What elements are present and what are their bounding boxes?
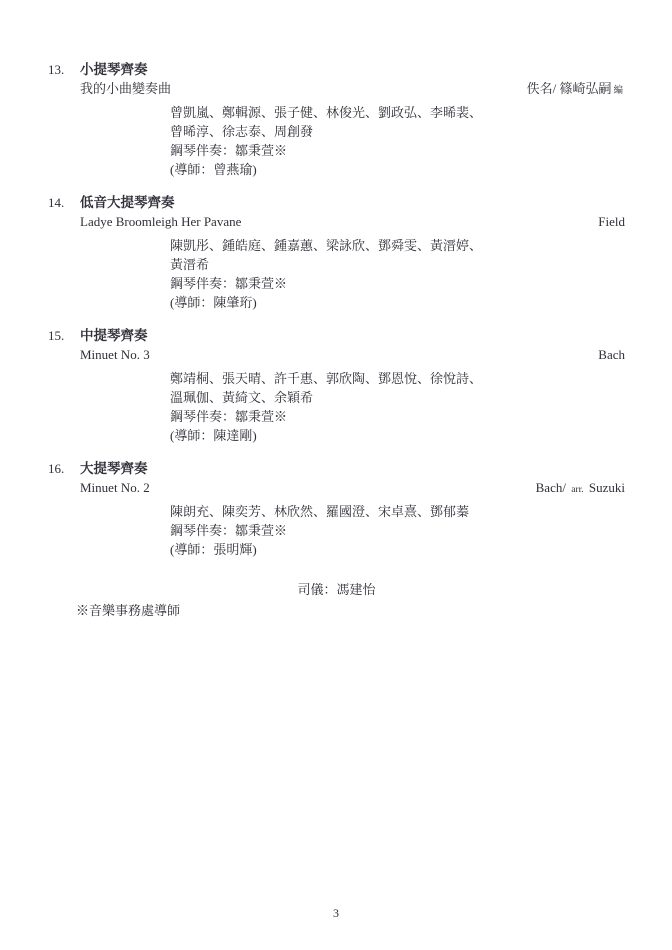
item-heading: 13. 小提琴齊奏 bbox=[48, 60, 625, 79]
performers-line: 溫珮伽、黃綺文、余穎希 bbox=[170, 388, 625, 407]
piece-row: Minuet No. 2 Bach/ arr. Suzuki bbox=[80, 478, 625, 500]
composer-suffix: 編 bbox=[613, 86, 623, 96]
composer: Bach bbox=[598, 345, 625, 367]
program-page: 13. 小提琴齊奏 我的小曲變奏曲 佚名/ 篠崎弘嗣編 曾凱嵐、鄭輯源、張子健、… bbox=[0, 0, 672, 950]
performers-line: 曾凱嵐、鄭輯源、張子健、林俊光、劉政弘、李晞裴、 bbox=[170, 103, 625, 122]
program-content: 13. 小提琴齊奏 我的小曲變奏曲 佚名/ 篠崎弘嗣編 曾凱嵐、鄭輯源、張子健、… bbox=[0, 0, 672, 620]
performers-block: 陳朗充、陳奕芳、林欣然、羅國澄、宋卓熹、鄧郁蓁 鋼琴伴奏：鄒秉萱※ (導師：張明… bbox=[170, 502, 625, 559]
program-item-16: 16. 大提琴齊奏 Minuet No. 2 Bach/ arr. Suzuki… bbox=[48, 459, 625, 559]
item-category: 小提琴齊奏 bbox=[80, 60, 148, 79]
item-number: 16. bbox=[48, 459, 80, 478]
accompanist-line: 鋼琴伴奏：鄒秉萱※ bbox=[170, 274, 625, 293]
composer-name: 佚名/ 篠崎弘嗣 bbox=[527, 81, 612, 96]
composer-arranger: Suzuki bbox=[589, 480, 625, 495]
program-item-13: 13. 小提琴齊奏 我的小曲變奏曲 佚名/ 篠崎弘嗣編 曾凱嵐、鄭輯源、張子健、… bbox=[48, 60, 625, 179]
performers-block: 陳凱彤、鍾皓庭、鍾嘉蕙、梁詠欣、鄧舜雯、黃溍婷、 黃溍希 鋼琴伴奏：鄒秉萱※ (… bbox=[170, 236, 625, 312]
accompanist-line: 鋼琴伴奏：鄒秉萱※ bbox=[170, 407, 625, 426]
piece-title: Ladye Broomleigh Her Pavane bbox=[80, 212, 241, 234]
performers-line: 曾晞淳、徐志泰、周創發 bbox=[170, 122, 625, 141]
performers-line: 陳朗充、陳奕芳、林欣然、羅國澄、宋卓熹、鄧郁蓁 bbox=[170, 502, 625, 521]
item-number: 13. bbox=[48, 60, 80, 79]
mc-line: 司儀：馮建怡 bbox=[48, 580, 625, 599]
item-heading: 14. 低音大提琴齊奏 bbox=[48, 193, 625, 212]
accompanist-line: 鋼琴伴奏：鄒秉萱※ bbox=[170, 521, 625, 540]
piece-row: Ladye Broomleigh Her Pavane Field bbox=[80, 212, 625, 234]
instructor-line: (導師：陳肇珩) bbox=[170, 293, 625, 312]
piece-row: 我的小曲變奏曲 佚名/ 篠崎弘嗣編 bbox=[80, 79, 625, 101]
composer: Field bbox=[598, 212, 625, 234]
piece-title: 我的小曲變奏曲 bbox=[80, 79, 171, 101]
instructor-line: (導師：陳達剛) bbox=[170, 426, 625, 445]
composer-name: Bach/ bbox=[536, 480, 566, 495]
item-number: 15. bbox=[48, 326, 80, 345]
item-category: 大提琴齊奏 bbox=[80, 459, 148, 478]
performers-line: 黃溍希 bbox=[170, 255, 625, 274]
composer: Bach/ arr. Suzuki bbox=[536, 478, 625, 500]
item-number: 14. bbox=[48, 193, 80, 212]
accompanist-line: 鋼琴伴奏：鄒秉萱※ bbox=[170, 141, 625, 160]
item-category: 低音大提琴齊奏 bbox=[80, 193, 175, 212]
item-category: 中提琴齊奏 bbox=[80, 326, 148, 345]
performers-block: 鄭靖桐、張天晴、許千惠、郭欣陶、鄧恩悅、徐悅詩、 溫珮伽、黃綺文、余穎希 鋼琴伴… bbox=[170, 369, 625, 445]
performers-block: 曾凱嵐、鄭輯源、張子健、林俊光、劉政弘、李晞裴、 曾晞淳、徐志泰、周創發 鋼琴伴… bbox=[170, 103, 625, 179]
program-item-15: 15. 中提琴齊奏 Minuet No. 3 Bach 鄭靖桐、張天晴、許千惠、… bbox=[48, 326, 625, 445]
composer-suffix: arr. bbox=[571, 485, 583, 495]
item-heading: 16. 大提琴齊奏 bbox=[48, 459, 625, 478]
footnote: ※音樂事務處導師 bbox=[76, 601, 625, 620]
piece-title: Minuet No. 3 bbox=[80, 345, 150, 367]
composer-name: Bach bbox=[598, 347, 625, 362]
page-number: 3 bbox=[0, 906, 672, 921]
composer: 佚名/ 篠崎弘嗣編 bbox=[527, 79, 625, 101]
piece-title: Minuet No. 2 bbox=[80, 478, 150, 500]
composer-name: Field bbox=[598, 214, 625, 229]
performers-line: 陳凱彤、鍾皓庭、鍾嘉蕙、梁詠欣、鄧舜雯、黃溍婷、 bbox=[170, 236, 625, 255]
instructor-line: (導師：曾燕瑜) bbox=[170, 160, 625, 179]
performers-line: 鄭靖桐、張天晴、許千惠、郭欣陶、鄧恩悅、徐悅詩、 bbox=[170, 369, 625, 388]
piece-row: Minuet No. 3 Bach bbox=[80, 345, 625, 367]
program-item-14: 14. 低音大提琴齊奏 Ladye Broomleigh Her Pavane … bbox=[48, 193, 625, 312]
item-heading: 15. 中提琴齊奏 bbox=[48, 326, 625, 345]
instructor-line: (導師：張明輝) bbox=[170, 540, 625, 559]
